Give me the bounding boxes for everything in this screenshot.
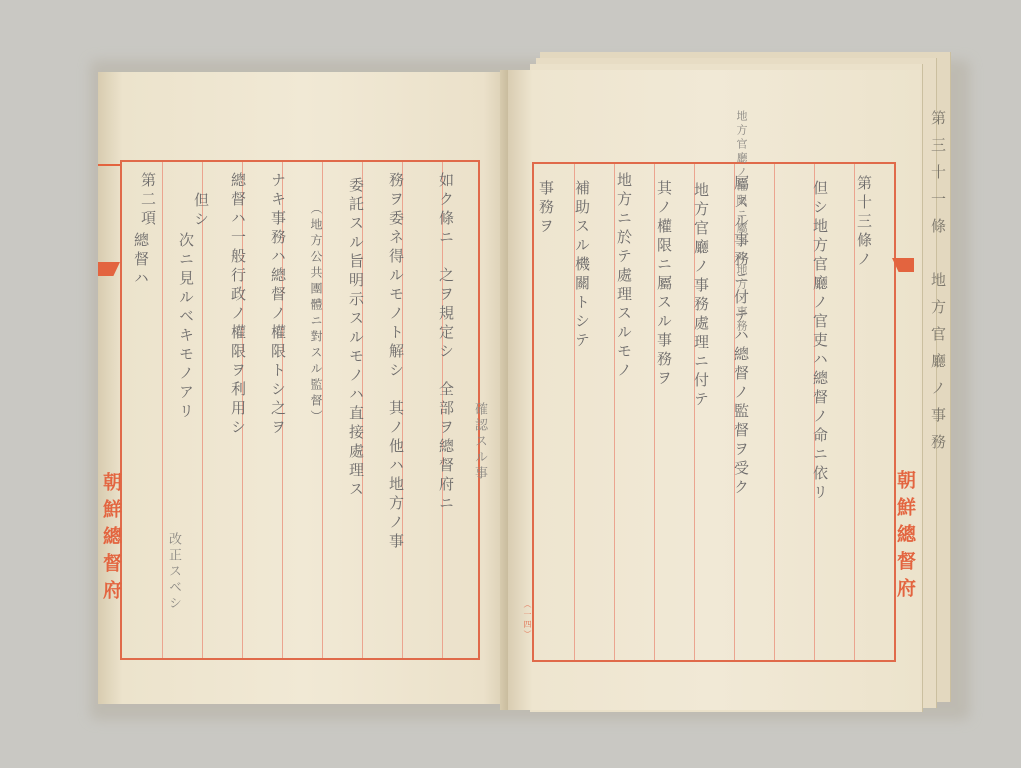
text-column: （地方公共團體ニ對スル監督）: [310, 202, 322, 426]
text-column: 但シ: [193, 192, 208, 230]
text-column: 地方官廳ノ事務處理ニ付テ: [693, 182, 708, 410]
top-annotation: 地方官廳ノ權限ニ屬スル地方ノ事務: [733, 110, 749, 334]
text-column: 委託スル旨明示スルモノハ直接處理ス: [348, 177, 363, 500]
text-column: 總督ハ: [133, 232, 148, 289]
left-margin-print: 朝鮮總督府: [98, 472, 125, 607]
right-page: 朝鮮總督府 （一四） 第十三條ノ 但シ地方官廳ノ官吏ハ總督ノ命ニ依リ 屬スル事務…: [508, 70, 920, 710]
margin-annotation: 改正スベシ: [164, 532, 183, 612]
tab-mark: [98, 262, 120, 276]
text-column: 補助スル機關トシテ: [574, 180, 589, 351]
page-number: （一四）: [522, 600, 533, 640]
text-column: 次ニ見ルベキモノアリ: [178, 232, 193, 422]
text-column: 第二項: [140, 172, 155, 229]
text-column: 第十三條ノ: [856, 175, 871, 270]
text-column: 事務ヲ: [538, 180, 553, 237]
text-column: 其ノ權限ニ屬スル事務ヲ: [656, 180, 671, 389]
text-column: ナキ事務ハ總督ノ權限トシ之ヲ: [270, 172, 285, 438]
text-column: 總督ハ一般行政ノ權限ヲ利用シ: [230, 172, 245, 438]
left-page: 朝鮮總督府 如ク條ニ 之ヲ規定シ 全部ヲ總督府ニ 務ヲ委ネ得ルモノト解シ 其ノ他…: [98, 72, 508, 704]
margin-annotation: 確認スル事: [470, 402, 489, 482]
text-column: 但シ地方官廳ノ官吏ハ總督ノ命ニ依リ: [812, 180, 827, 503]
tab-mark: [98, 164, 120, 166]
text-column: 務ヲ委ネ得ルモノト解シ 其ノ他ハ地方ノ事: [388, 172, 403, 552]
edge-note: 第三十一條 地方官廳ノ事務: [928, 110, 949, 570]
right-margin-print: 朝鮮總督府: [892, 470, 919, 605]
text-column: 如ク條ニ 之ヲ規定シ 全部ヲ總督府ニ: [438, 172, 453, 514]
text-column: 地方ニ於テ處理スルモノ: [616, 172, 631, 381]
